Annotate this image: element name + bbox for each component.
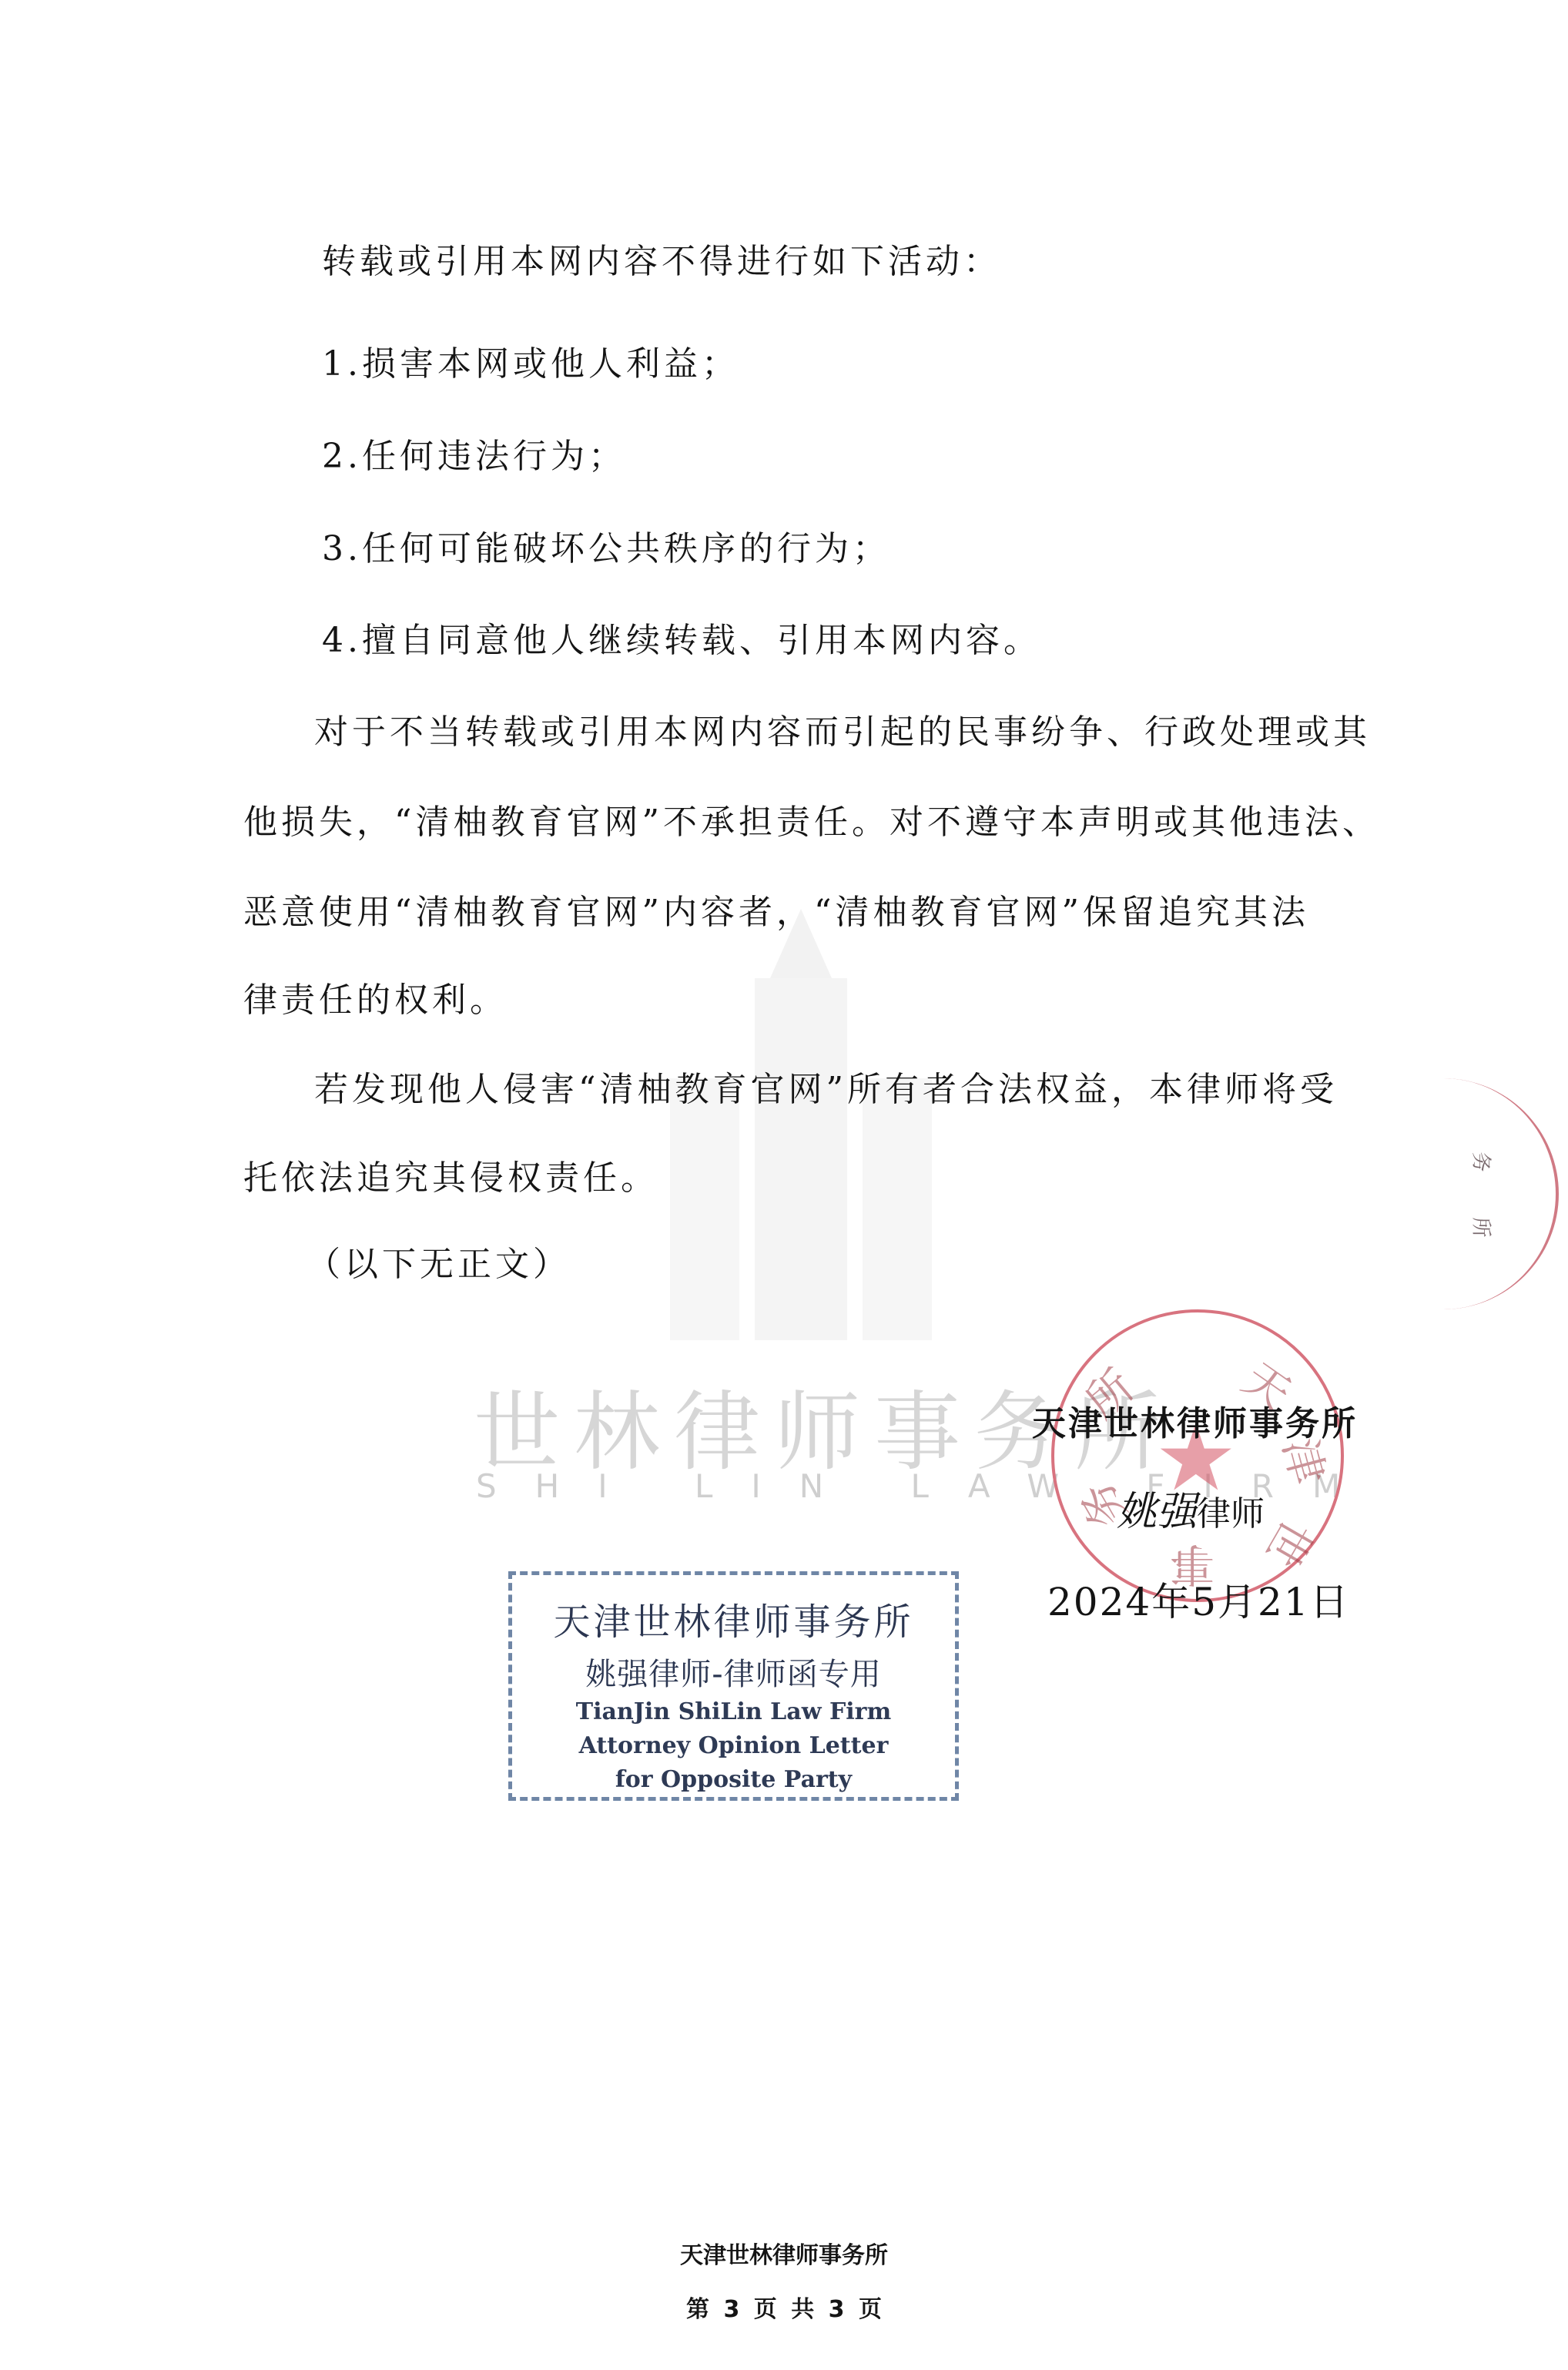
stamp-en-line: for Opposite Party [512,1765,955,1795]
paragraph-line: 他损失，“清柚教育官网”不承担责任。对不遵守本声明或其他违法、 [243,806,1380,840]
signature: 姚强律师 [1117,1479,1265,1537]
paragraph-line: 若发现他人侵害“清柚教育官网”所有者合法权益，本律师将受 [314,1073,1338,1107]
signing-date: 2024年5月21日 [1047,1571,1350,1627]
edge-seal-char: 务 [1469,1151,1497,1172]
list-item: 1.损害本网或他人利益； [322,347,739,381]
intro-line: 转载或引用本网内容不得进行如下活动： [322,245,1001,279]
paragraph-line: 恶意使用“清柚教育官网”内容者，“清柚教育官网”保留追究其法 [243,896,1309,930]
list-item: 3.任何可能破坏公共秩序的行为； [322,532,890,566]
stamp-en-line: Attorney Opinion Letter [512,1731,955,1762]
paragraph-line: 对于不当转载或引用本网内容而引起的民事纷争、行政处理或其 [314,716,1371,749]
signature-handwritten: 姚强 [1117,1489,1197,1535]
stamp-en-line: TianJin ShiLin Law Firm [512,1697,955,1728]
end-note: （以下无正文） [307,1248,571,1282]
building-watermark-icon [639,909,963,1340]
list-item: 2.任何违法行为； [322,440,626,474]
round-seal: ★ 天 津 世 事 务 所 [1051,1309,1344,1602]
seal-char: 世 [1253,1510,1332,1581]
letter-stamp: 天津世林律师事务所 姚强律师-律师函专用 TianJin ShiLin Law … [508,1571,959,1801]
edge-seal: 务 所 [1425,1078,1559,1309]
page-number: 第 3 页 共 3 页 [0,2290,1568,2324]
stamp-purpose: 姚强律师-律师函专用 [512,1650,955,1694]
edge-seal-char: 所 [1469,1217,1497,1237]
stamp-firm-name: 天津世林律师事务所 [512,1592,955,1645]
list-item: 4.擅自同意他人继续转载、引用本网内容。 [322,624,1041,658]
lawyer-title: 律师 [1197,1494,1265,1534]
signing-firm: 天津世林律师事务所 [1032,1396,1358,1445]
footer-firm: 天津世林律师事务所 [0,2236,1568,2270]
paragraph-line: 托依法追究其侵权责任。 [243,1162,658,1195]
paragraph-line: 律责任的权利。 [243,984,508,1017]
